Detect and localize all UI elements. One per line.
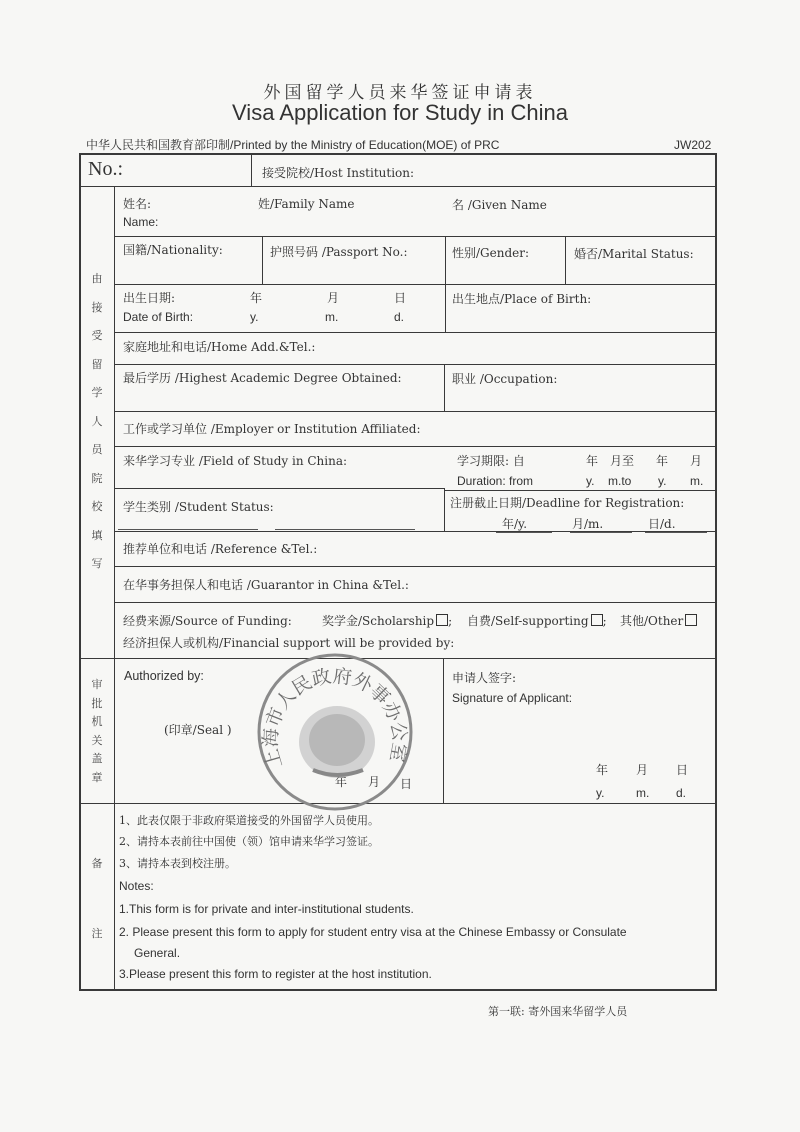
- scholarship-checkbox[interactable]: [436, 614, 448, 626]
- copy-footer: 第一联: 寄外国来华留学人员: [488, 1003, 627, 1019]
- duration-from-month-cn: 月至: [610, 453, 634, 469]
- other-label: 其他/Other: [620, 614, 683, 628]
- family-name-field[interactable]: 姓/Family Name: [258, 196, 355, 212]
- deadline-label: 注册截止日期/Deadline for Registration:: [450, 495, 684, 511]
- signature-label-cn: 申请人签字:: [452, 670, 516, 686]
- application-number-label: No.:: [88, 158, 123, 181]
- employer-field[interactable]: 工作或学习单位 /Employer or Institution Affilia…: [123, 421, 421, 437]
- student-status-field[interactable]: 学生类别 /Student Status:: [123, 499, 274, 515]
- duration-from-year-cn: 年: [586, 453, 598, 469]
- side-label-approval: 审批机关盖章: [87, 676, 107, 787]
- side-label-institution: 由接受留学人员院校填写: [87, 270, 107, 584]
- dob-day-field[interactable]: d.: [394, 309, 404, 325]
- highest-degree-field[interactable]: 最后学历 /Highest Academic Degree Obtained:: [123, 370, 402, 386]
- sign-year-cn: 年: [596, 762, 608, 778]
- guarantor-field[interactable]: 在华事务担保人和电话 /Guarantor in China &Tel.:: [123, 577, 409, 593]
- duration-label-en: Duration: from: [457, 473, 533, 489]
- sign-day-field[interactable]: d.: [676, 785, 686, 801]
- side-label-notes: 备注: [87, 855, 107, 995]
- name-label-en: Name:: [123, 214, 158, 230]
- self-supporting-label: 自费/Self-supporting: [467, 614, 589, 628]
- host-institution-label[interactable]: 接受院校/Host Institution:: [262, 165, 414, 181]
- dob-label-cn: 出生日期:: [123, 290, 175, 306]
- note-en-3: 3.Please present this form to register a…: [119, 966, 432, 982]
- name-label-cn: 姓名:: [123, 196, 151, 212]
- duration-to-month-field[interactable]: m.: [690, 473, 703, 489]
- dob-label-en: Date of Birth:: [123, 309, 193, 325]
- duration-label-cn: 学习期限: 自: [457, 453, 525, 469]
- sign-day-cn: 日: [676, 762, 688, 778]
- duration-to-year-field[interactable]: y.: [658, 473, 666, 489]
- deadline-year-field[interactable]: 年/y.: [502, 516, 527, 532]
- note-cn-3: 3、请持本表到校注册。: [119, 856, 236, 872]
- official-seal-icon: 上海市人民政府外事办公室: [255, 652, 415, 812]
- duration-from-year-field[interactable]: y.: [586, 473, 594, 489]
- dob-year-cn: 年: [250, 290, 262, 306]
- deadline-month-field[interactable]: 月/m.: [572, 516, 603, 532]
- passport-field[interactable]: 护照号码 /Passport No.:: [270, 244, 408, 260]
- authorized-by-label: Authorized by:: [124, 668, 204, 684]
- seal-label: (印章/Seal ): [164, 722, 232, 738]
- note-cn-1: 1、此表仅限于非政府渠道接受的外国留学人员使用。: [119, 813, 379, 829]
- dob-day-cn: 日: [394, 290, 406, 306]
- nationality-field[interactable]: 国籍/Nationality:: [123, 242, 223, 258]
- form-code: JW202: [674, 138, 711, 152]
- note-en-2: 2. Please present this form to apply for…: [119, 924, 627, 940]
- deadline-day-field[interactable]: 日/d.: [648, 516, 676, 532]
- self-supporting-checkbox[interactable]: [591, 614, 603, 626]
- note-cn-2: 2、请持本表前往中国使（领）馆申请来华学习签证。: [119, 834, 379, 850]
- form-title-english: Visa Application for Study in China: [0, 100, 800, 126]
- sign-year-field[interactable]: y.: [596, 785, 604, 801]
- dob-year-field[interactable]: y.: [250, 309, 258, 325]
- financial-support-field[interactable]: 经济担保人或机构/Financial support will be provi…: [123, 635, 454, 651]
- other-checkbox[interactable]: [685, 614, 697, 626]
- reference-field[interactable]: 推荐单位和电话 /Reference &Tel.:: [123, 541, 317, 557]
- duration-from-month-field[interactable]: m.to: [608, 473, 631, 489]
- sign-month-cn: 月: [636, 762, 648, 778]
- dob-month-cn: 月: [327, 290, 339, 306]
- home-address-field[interactable]: 家庭地址和电话/Home Add.&Tel.:: [123, 339, 315, 355]
- note-en-1: 1.This form is for private and inter-ins…: [119, 901, 414, 917]
- gender-field[interactable]: 性别/Gender:: [452, 245, 529, 261]
- funding-option-self-supporting[interactable]: 自费/Self-supporting;: [467, 613, 607, 629]
- sign-month-field[interactable]: m.: [636, 785, 649, 801]
- field-of-study-field[interactable]: 来华学习专业 /Field of Study in China:: [123, 453, 347, 469]
- funding-option-scholarship[interactable]: 奖学金/Scholarship;: [322, 613, 452, 629]
- funding-label: 经费来源/Source of Funding:: [123, 613, 292, 629]
- given-name-field[interactable]: 名 /Given Name: [452, 197, 547, 213]
- scholarship-label: 奖学金/Scholarship: [322, 614, 434, 628]
- duration-to-year-cn: 年: [656, 453, 668, 469]
- note-en-2-cont: General.: [134, 945, 180, 961]
- notes-title: Notes:: [119, 878, 154, 894]
- dob-month-field[interactable]: m.: [325, 309, 338, 325]
- marital-status-field[interactable]: 婚否/Marital Status:: [574, 246, 694, 262]
- duration-to-month-cn: 月: [690, 453, 702, 469]
- printed-by: 中华人民共和国教育部印制/Printed by the Ministry of …: [86, 136, 499, 153]
- occupation-field[interactable]: 职业 /Occupation:: [452, 371, 557, 387]
- place-of-birth-field[interactable]: 出生地点/Place of Birth:: [452, 291, 591, 307]
- signature-field[interactable]: Signature of Applicant:: [452, 690, 572, 706]
- funding-option-other[interactable]: 其他/Other: [620, 613, 697, 629]
